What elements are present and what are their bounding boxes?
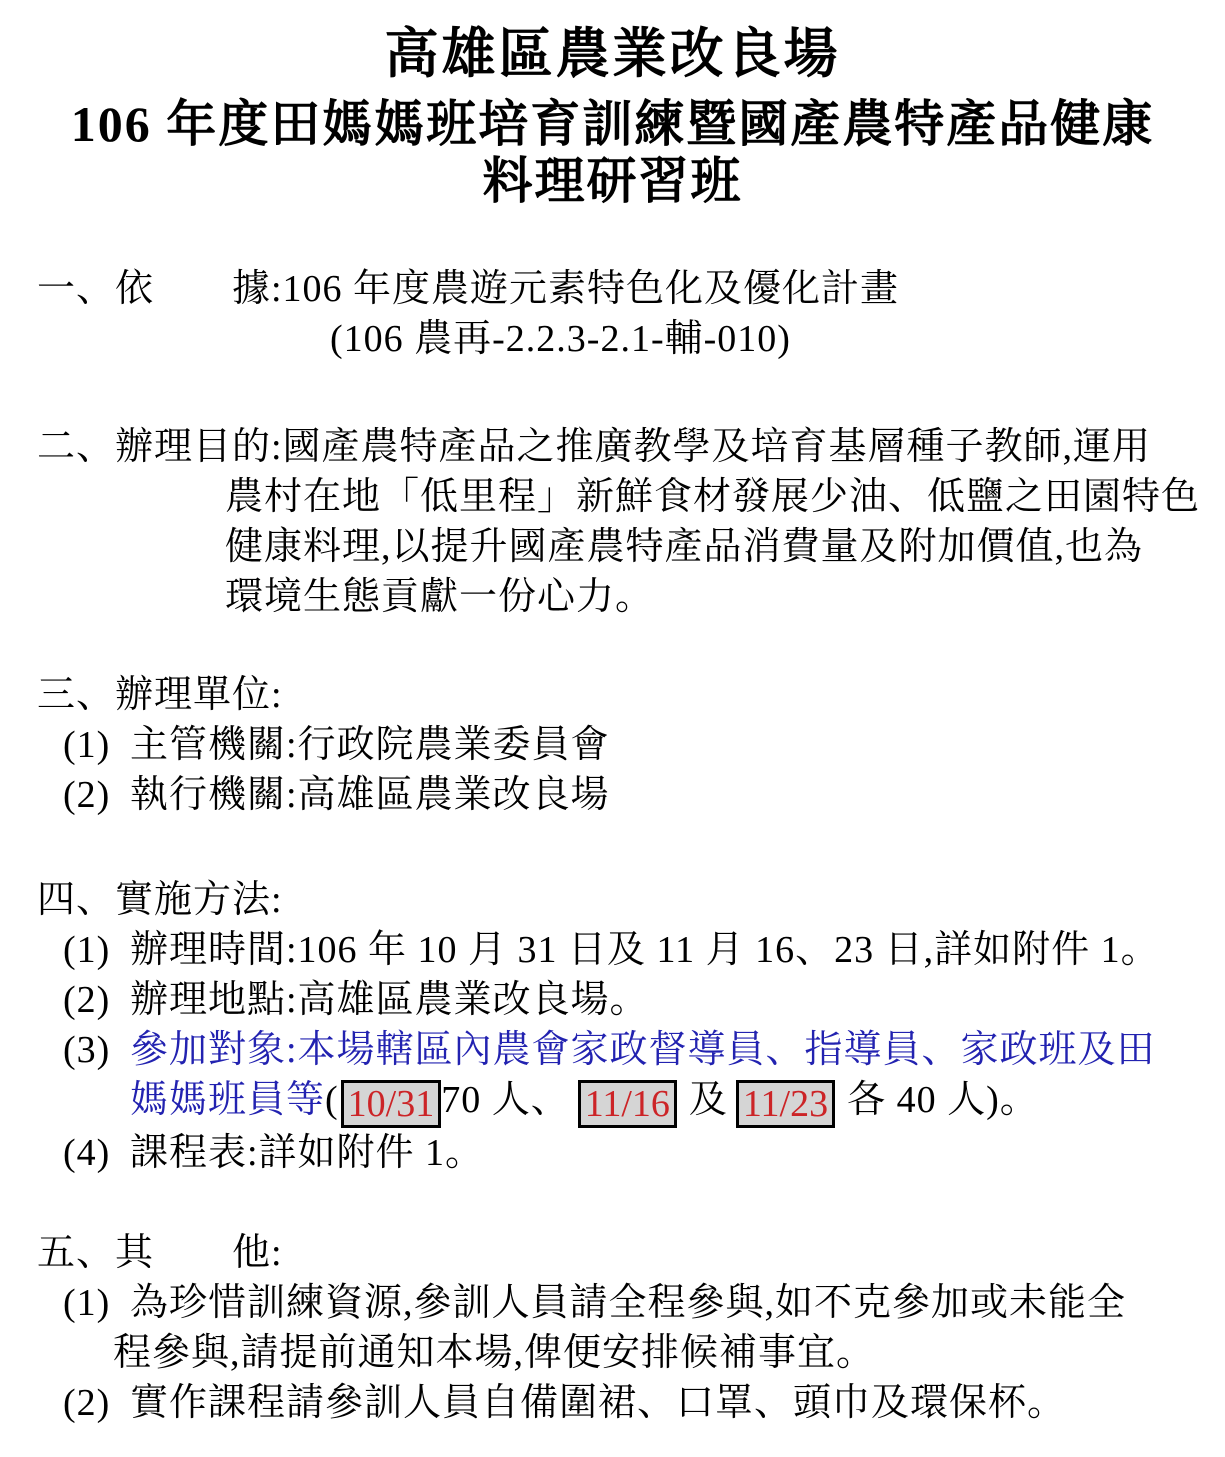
others-item-attendance-line1: (1)為珍惜訓練資源,參訓人員請全程參與,如不克參加或未能全	[0, 1278, 1225, 1328]
implementation-item-time: (1)辦理時間:106 年 10 月 31 日及 11 月 16、23 日,詳如…	[0, 925, 1225, 975]
document-subtitle-line2: 料理研習班	[0, 153, 1225, 210]
document-subtitle: 106 年度田媽媽班培育訓練暨國產農特產品健康 料理研習班	[0, 96, 1225, 210]
date-box-1116: 11/16	[578, 1080, 677, 1128]
participants-count-1: 70 人、	[441, 1079, 570, 1121]
purpose-line-1: 二、辦理目的:國產農特產品之推廣教學及培育基層種子教師,運用	[0, 422, 1225, 472]
purpose-line-2: 農村在地「低里程」新鮮食材發展少油、低鹽之田園特色	[0, 472, 1225, 522]
item-number: (1)	[63, 720, 110, 770]
others-item-attendance-line2: 程參與,請提前通知本場,俾便安排候補事宜。	[0, 1328, 1225, 1378]
document-page: 高雄區農業改良場 106 年度田媽媽班培育訓練暨國產農特產品健康 料理研習班 一…	[0, 0, 1225, 1457]
section-purpose: 二、辦理目的:國產農特產品之推廣教學及培育基層種子教師,運用 農村在地「低里程」…	[0, 422, 1225, 622]
purpose-line-3: 健康料理,以提升國產農特產品消費量及附加價值,也為	[0, 522, 1225, 572]
section-implementation: 四、實施方法: (1)辦理時間:106 年 10 月 31 日及 11 月 16…	[0, 875, 1225, 1178]
date-box-1123: 11/23	[736, 1080, 835, 1128]
organizer-item-supervising: (1)主管機關:行政院農業委員會	[0, 720, 1225, 770]
item-text: 執行機關:高雄區農業改良場	[130, 774, 610, 816]
item-number: (1)	[63, 925, 110, 975]
implementation-item-participants-line2: 媽媽班員等(10/3170 人、11/16及11/23各 40 人)。	[0, 1075, 1225, 1128]
organizer-item-executing: (2)執行機關:高雄區農業改良場	[0, 770, 1225, 820]
others-item-equipment: (2)實作課程請參訓人員自備圍裙、口罩、頭巾及環保杯。	[0, 1378, 1225, 1428]
section-basis: 一、依 據:106 年度農遊元素特色化及優化計畫 (106 農再-2.2.3-2…	[0, 264, 1225, 364]
section-others: 五、其 他: (1)為珍惜訓練資源,參訓人員請全程參與,如不克參加或未能全 程參…	[0, 1228, 1225, 1428]
item-number: (2)	[63, 975, 110, 1025]
item-text: 課程表:詳如附件 1。	[130, 1132, 484, 1174]
item-number: (1)	[63, 1278, 110, 1328]
item-text: 實作課程請參訓人員自備圍裙、口罩、頭巾及環保杯。	[130, 1382, 1066, 1424]
item-number: (2)	[63, 770, 110, 820]
paren-open: (	[325, 1079, 339, 1121]
item-number: (2)	[63, 1378, 110, 1428]
participants-text-blue: 參加對象:本場轄區內農會家政督導員、指導員、家政班及田	[130, 1029, 1156, 1071]
implementation-heading: 四、實施方法:	[0, 875, 1225, 925]
item-text: 主管機關:行政院農業委員會	[130, 724, 610, 766]
participants-text-blue: 媽媽班員等	[130, 1079, 325, 1121]
purpose-line-4: 環境生態貢獻一份心力。	[0, 572, 1225, 622]
item-text: 辦理時間:106 年 10 月 31 日及 11 月 16、23 日,詳如附件 …	[130, 929, 1160, 971]
implementation-item-venue: (2)辦理地點:高雄區農業改良場。	[0, 975, 1225, 1025]
document-subtitle-line1: 106 年度田媽媽班培育訓練暨國產農特產品健康	[0, 96, 1225, 153]
item-text: 辦理地點:高雄區農業改良場。	[130, 979, 649, 1021]
section-organizers: 三、辦理單位: (1)主管機關:行政院農業委員會 (2)執行機關:高雄區農業改良…	[0, 670, 1225, 820]
date-box-1031: 10/31	[341, 1080, 442, 1128]
document-title: 高雄區農業改良場	[0, 24, 1225, 84]
basis-reference: (106 農再-2.2.3-2.1-輔-010)	[0, 314, 1225, 364]
others-heading: 五、其 他:	[0, 1228, 1225, 1278]
item-text: 為珍惜訓練資源,參訓人員請全程參與,如不克參加或未能全	[130, 1282, 1126, 1324]
participants-count-2: 各 40 人)。	[847, 1079, 1039, 1121]
item-number: (4)	[63, 1128, 110, 1178]
organizers-heading: 三、辦理單位:	[0, 670, 1225, 720]
implementation-item-curriculum: (4)課程表:詳如附件 1。	[0, 1128, 1225, 1178]
item-number: (3)	[63, 1025, 110, 1075]
basis-heading: 一、依 據:106 年度農遊元素特色化及優化計畫	[0, 264, 1225, 314]
implementation-item-participants-line1: (3)參加對象:本場轄區內農會家政督導員、指導員、家政班及田	[0, 1025, 1225, 1075]
participants-conjunction: 及	[689, 1079, 728, 1121]
